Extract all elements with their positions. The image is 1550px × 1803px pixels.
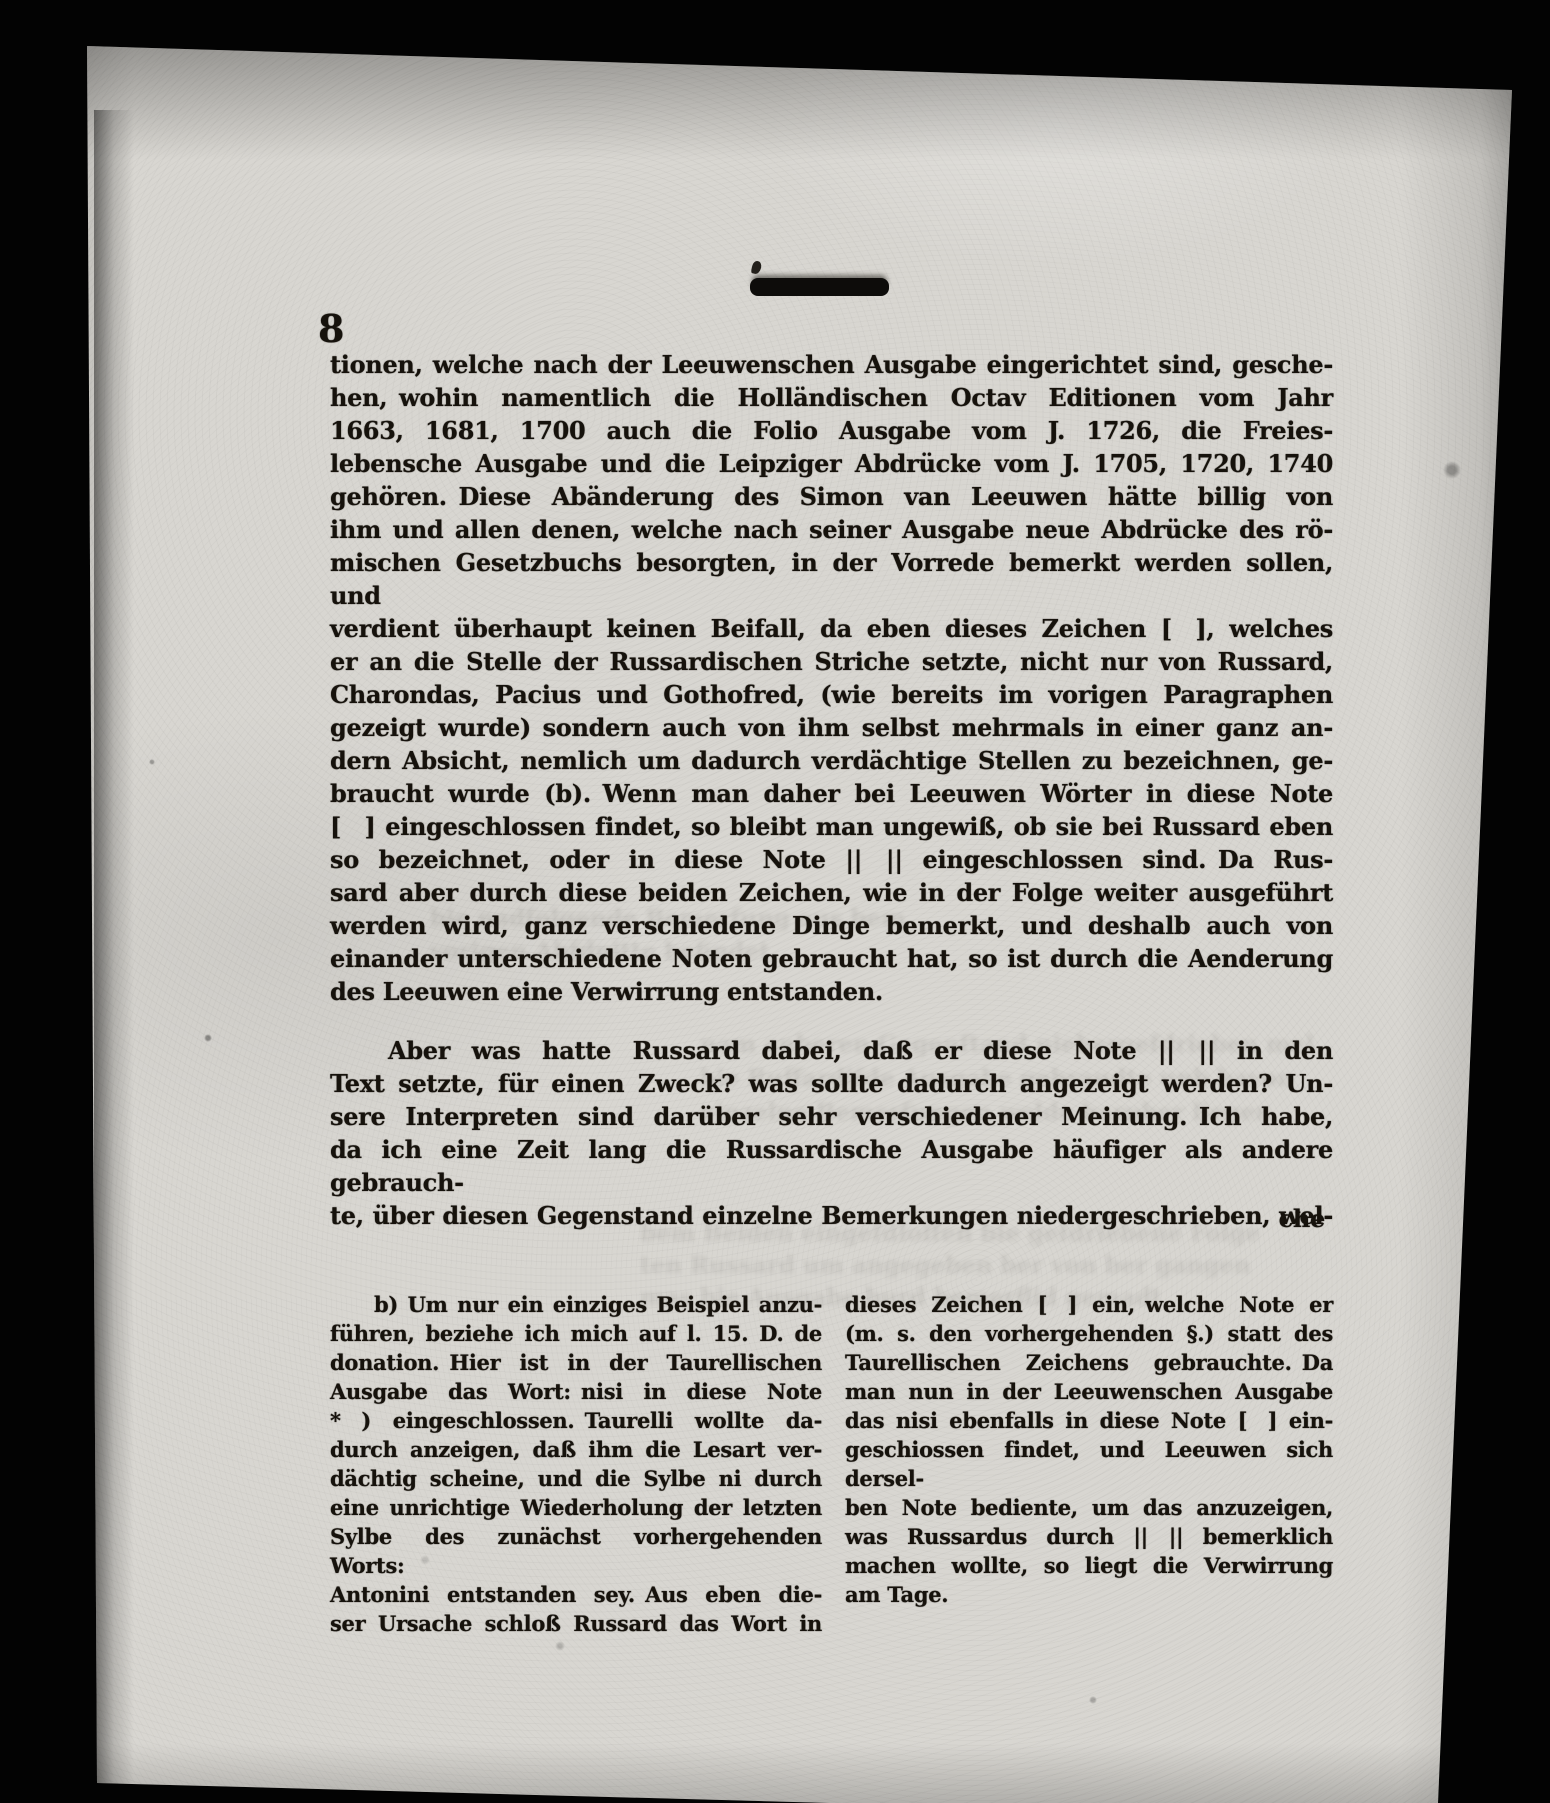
text-line: Aber was hatte Russard dabei, daß er die… <box>330 1034 1333 1067</box>
text-line: hen, wohin namentlich die Holländischen … <box>330 381 1333 414</box>
text-line: Charondas, Pacius und Gothofred, (wie be… <box>330 678 1333 711</box>
text-line: Antonini entstanden sey. Aus eben die- <box>330 1580 822 1609</box>
scan-background: bie nadfolgende Bemerfung aus bemvorigen… <box>0 0 1550 1803</box>
text-line: (m. s. den vorhergehenden §.) statt des <box>845 1319 1333 1348</box>
text-line: dieses Zeichen [ ] ein, welche Note er <box>845 1290 1333 1319</box>
text-line: sere Interpreten sind darüber sehr versc… <box>330 1100 1333 1133</box>
catchword: che <box>330 1202 1325 1235</box>
text-line: dächtig scheine, und die Sylbe ni durch <box>330 1464 822 1493</box>
text-line: man nun in der Leeuwenschen Ausgabe <box>845 1377 1333 1406</box>
text-line: [ ] eingeschlossen findet, so bleibt man… <box>330 810 1333 843</box>
ink-blot <box>751 260 763 275</box>
text-line: am Tage. <box>845 1580 1333 1609</box>
text-line: ser Ursache schloß Russard das Wort in <box>330 1609 822 1638</box>
text-line: * ) eingeschlossen. Taurelli wollte da- <box>330 1406 822 1435</box>
page-gutter-shadow <box>94 110 134 1803</box>
text-line: verdient überhaupt keinen Beifall, da eb… <box>330 612 1333 645</box>
text-line: mischen Gesetzbuchs besorgten, in der Vo… <box>330 546 1333 612</box>
text-line: Sylbe des zunächst vorhergehenden Worts: <box>330 1522 822 1580</box>
text-line: so bezeichnet, oder in diese Note || || … <box>330 843 1333 876</box>
header-rule <box>750 278 889 296</box>
text-line: da ich eine Zeit lang die Russardische A… <box>330 1133 1333 1199</box>
text-line: führen, beziehe ich mich auf l. 15. D. d… <box>330 1319 822 1348</box>
footnote-column-left: b) Um nur ein einziges Beispiel anzu-füh… <box>330 1290 822 1638</box>
text-line: was Russardus durch || || bemerklich <box>845 1522 1333 1551</box>
text-line: das nisi ebenfalls in diese Note [ ] ein… <box>845 1406 1333 1435</box>
text-line: sard aber durch diese beiden Zeichen, wi… <box>330 876 1333 909</box>
text-line: b) Um nur ein einziges Beispiel anzu- <box>330 1290 822 1319</box>
text-line: er an die Stelle der Russardischen Stric… <box>330 645 1333 678</box>
text-line: ten Russard um angegeben ber von ber gan… <box>640 1250 1300 1282</box>
text-line: Text setzte, für einen Zweck? was sollte… <box>330 1067 1333 1100</box>
text-line: ben Note bediente, um das anzuzeigen, <box>845 1493 1333 1522</box>
text-line: ihm und allen denen, welche nach seiner … <box>330 513 1333 546</box>
text-line: Ausgabe das Wort: nisi in diese Note <box>330 1377 822 1406</box>
text-line: braucht wurde (b). Wenn man daher bei Le… <box>330 777 1333 810</box>
text-line: durch anzeigen, daß ihm die Lesart ver- <box>330 1435 822 1464</box>
text-line: gezeigt wurde) sondern auch von ihm selb… <box>330 711 1333 744</box>
text-line: geschiossen findet, und Leeuwen sich der… <box>845 1435 1333 1493</box>
text-line: einander unterschiedene Noten gebraucht … <box>330 942 1333 975</box>
text-line: eine unrichtige Wiederholung der letzten <box>330 1493 822 1522</box>
text-line: dern Absicht, nemlich um dadurch verdäch… <box>330 744 1333 777</box>
text-line: werden wird, ganz verschiedene Dinge bem… <box>330 909 1333 942</box>
text-line: tionen, welche nach der Leeuwenschen Aus… <box>330 348 1333 381</box>
book-page: bie nadfolgende Bemerfung aus bemvorigen… <box>0 0 1550 1803</box>
footnote-column-right: dieses Zeichen [ ] ein, welche Note er(m… <box>845 1290 1333 1609</box>
text-line: donation. Hier ist in der Taurellischen <box>330 1348 822 1377</box>
text-line: machen wollte, so liegt die Verwirrung <box>845 1551 1333 1580</box>
text-line: des Leeuwen eine Verwirrung entstanden. <box>330 975 1333 1008</box>
text-line: 1663, 1681, 1700 auch die Folio Ausgabe … <box>330 414 1333 447</box>
text-line: lebensche Ausgabe und die Leipziger Abdr… <box>330 447 1333 480</box>
text-line: gehören. Diese Abänderung des Simon van … <box>330 480 1333 513</box>
body-paragraph-1: tionen, welche nach der Leeuwenschen Aus… <box>330 348 1333 1008</box>
text-line: Taurellischen Zeichens gebrauchte. Da <box>845 1348 1333 1377</box>
page-number: 8 <box>318 306 344 351</box>
